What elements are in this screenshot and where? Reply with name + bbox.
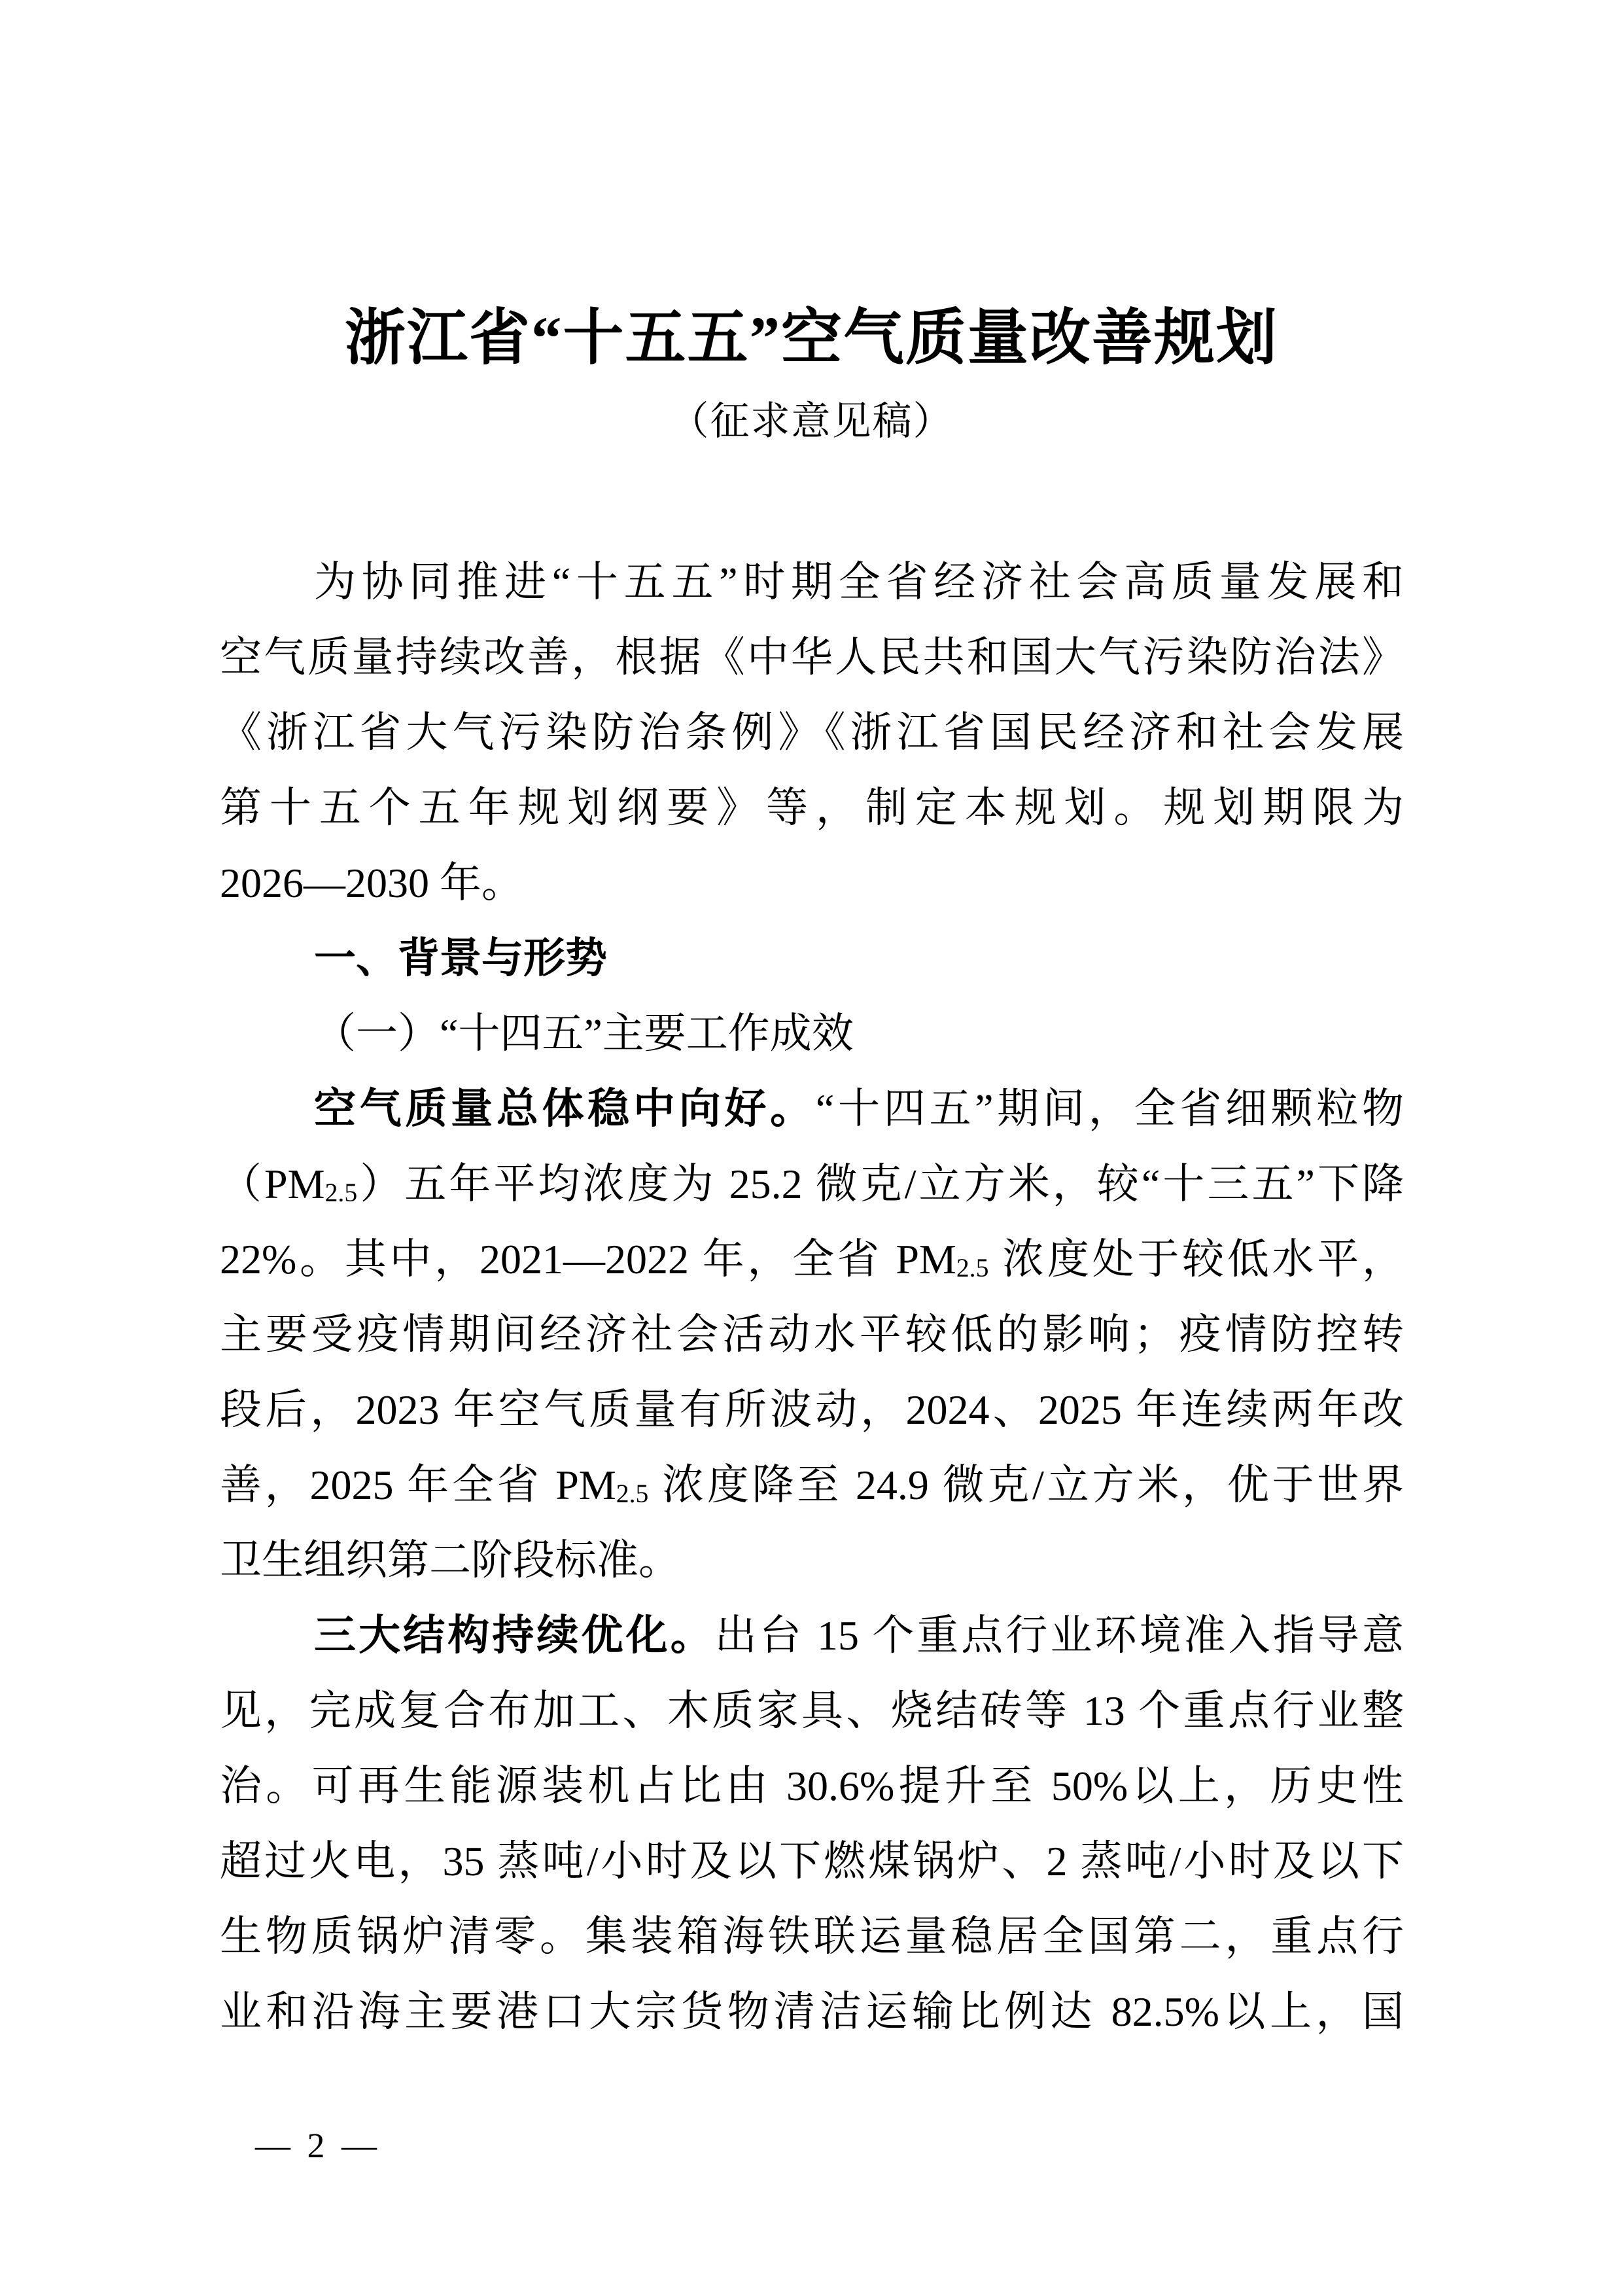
body-line: 业和沿海主要港口大宗货物清洁运输比例达 82.5%以上，国 <box>220 1974 1404 2049</box>
document-title: 浙江省“十五五”空气质量改善规划 <box>0 302 1623 376</box>
text-segment: 业和沿海主要港口大宗货物清洁运输比例达 82.5%以上，国 <box>220 1988 1404 2035</box>
bold-lead-text: 空气质量总体稳中向好。 <box>314 1086 816 1132</box>
text-segment: 治。可再生能源装机占比由 30.6%提升至 50%以上，历史性 <box>220 1763 1404 1809</box>
body-line: 治。可再生能源装机占比由 30.6%提升至 50%以上，历史性 <box>220 1748 1404 1824</box>
text-segment: 空气质量持续改善，根据《中华人民共和国大气污染防治法》 <box>220 634 1404 680</box>
text-segment: 见，完成复合布加工、木质家具、烧结砖等 13 个重点行业整 <box>220 1687 1404 1734</box>
page-number: — 2 — <box>255 2125 381 2166</box>
body-line: （PM2.5）五年平均浓度为 25.2 微克/立方米，较“十三五”下降 <box>220 1146 1404 1222</box>
bold-lead-text: 三大结构持续优化。 <box>314 1612 715 1659</box>
text-segment: 生物质锅炉清零。集装箱海铁联运量稳居全国第二，重点行 <box>220 1913 1404 1960</box>
text-segment: 一、背景与形势 <box>314 934 607 981</box>
text-segment: 超过火电，35 蒸吨/小时及以下燃煤锅炉、2 蒸吨/小时及以下 <box>220 1838 1404 1884</box>
subscript-text: 2.5 <box>616 1479 649 1508</box>
subscript-text: 2.5 <box>956 1254 989 1282</box>
document-subtitle: （征求意见稿） <box>0 398 1623 445</box>
text-segment: “十四五”期间，全省细颗粒物 <box>816 1086 1404 1132</box>
body-line: 空气质量持续改善，根据《中华人民共和国大气污染防治法》 <box>220 620 1404 695</box>
text-segment: 浓度处于较低水平， <box>988 1236 1404 1282</box>
body-line: 超过火电，35 蒸吨/小时及以下燃煤锅炉、2 蒸吨/小时及以下 <box>220 1824 1404 1899</box>
text-segment: 22%。其中，2021—2022 年，全省 PM <box>220 1236 956 1282</box>
body-line: 生物质锅炉清零。集装箱海铁联运量稳居全国第二，重点行 <box>220 1899 1404 1974</box>
subscript-text: 2.5 <box>325 1178 358 1207</box>
section-heading-line: （一）“十四五”主要工作成效 <box>220 996 1404 1071</box>
body-line: 见，完成复合布加工、木质家具、烧结砖等 13 个重点行业整 <box>220 1673 1404 1748</box>
text-segment: 善，2025 年全省 PM <box>220 1462 616 1508</box>
body-line: 善，2025 年全省 PM2.5 浓度降至 24.9 微克/立方米，优于世界 <box>220 1447 1404 1523</box>
body-line: 为协同推进“十五五”时期全省经济社会高质量发展和 <box>220 544 1404 620</box>
body-line: 卫生组织第二阶段标准。 <box>220 1523 1404 1598</box>
body-line: 主要受疫情期间经济社会活动水平较低的影响；疫情防控转 <box>220 1297 1404 1372</box>
text-segment: （一）“十四五”主要工作成效 <box>314 1010 854 1057</box>
text-segment: 段后，2023 年空气质量有所波动，2024、2025 年连续两年改 <box>220 1386 1404 1433</box>
text-segment: 《浙江省大气污染防治条例》《浙江省国民经济和社会发展 <box>220 709 1404 756</box>
body-line: 三大结构持续优化。出台 15 个重点行业环境准入指导意 <box>220 1598 1404 1673</box>
document-page: 浙江省“十五五”空气质量改善规划 （征求意见稿） 为协同推进“十五五”时期全省经… <box>0 0 1623 2296</box>
text-segment: ）五年平均浓度为 25.2 微克/立方米，较“十三五”下降 <box>357 1161 1404 1207</box>
body-lines: 为协同推进“十五五”时期全省经济社会高质量发展和空气质量持续改善，根据《中华人民… <box>220 544 1404 2049</box>
text-segment: 浓度降至 24.9 微克/立方米，优于世界 <box>648 1462 1404 1508</box>
text-segment: 为协同推进“十五五”时期全省经济社会高质量发展和 <box>314 559 1404 605</box>
body-line: 段后，2023 年空气质量有所波动，2024、2025 年连续两年改 <box>220 1372 1404 1447</box>
text-segment: 主要受疫情期间经济社会活动水平较低的影响；疫情防控转 <box>220 1311 1404 1358</box>
body-line: 空气质量总体稳中向好。“十四五”期间，全省细颗粒物 <box>220 1071 1404 1146</box>
text-segment: 出台 15 个重点行业环境准入指导意 <box>715 1612 1404 1659</box>
body-line: 第十五个五年规划纲要》等，制定本规划。规划期限为 <box>220 770 1404 845</box>
text-segment: 卫生组织第二阶段标准。 <box>220 1537 680 1583</box>
section-heading-line: 一、背景与形势 <box>220 921 1404 996</box>
body-line: 《浙江省大气污染防治条例》《浙江省国民经济和社会发展 <box>220 695 1404 770</box>
text-segment: 第十五个五年规划纲要》等，制定本规划。规划期限为 <box>220 785 1404 831</box>
body-line: 22%。其中，2021—2022 年，全省 PM2.5 浓度处于较低水平， <box>220 1222 1404 1297</box>
body-line: 2026—2030 年。 <box>220 845 1404 921</box>
text-segment: （PM <box>220 1161 325 1207</box>
text-segment: 2026—2030 年。 <box>220 860 523 906</box>
